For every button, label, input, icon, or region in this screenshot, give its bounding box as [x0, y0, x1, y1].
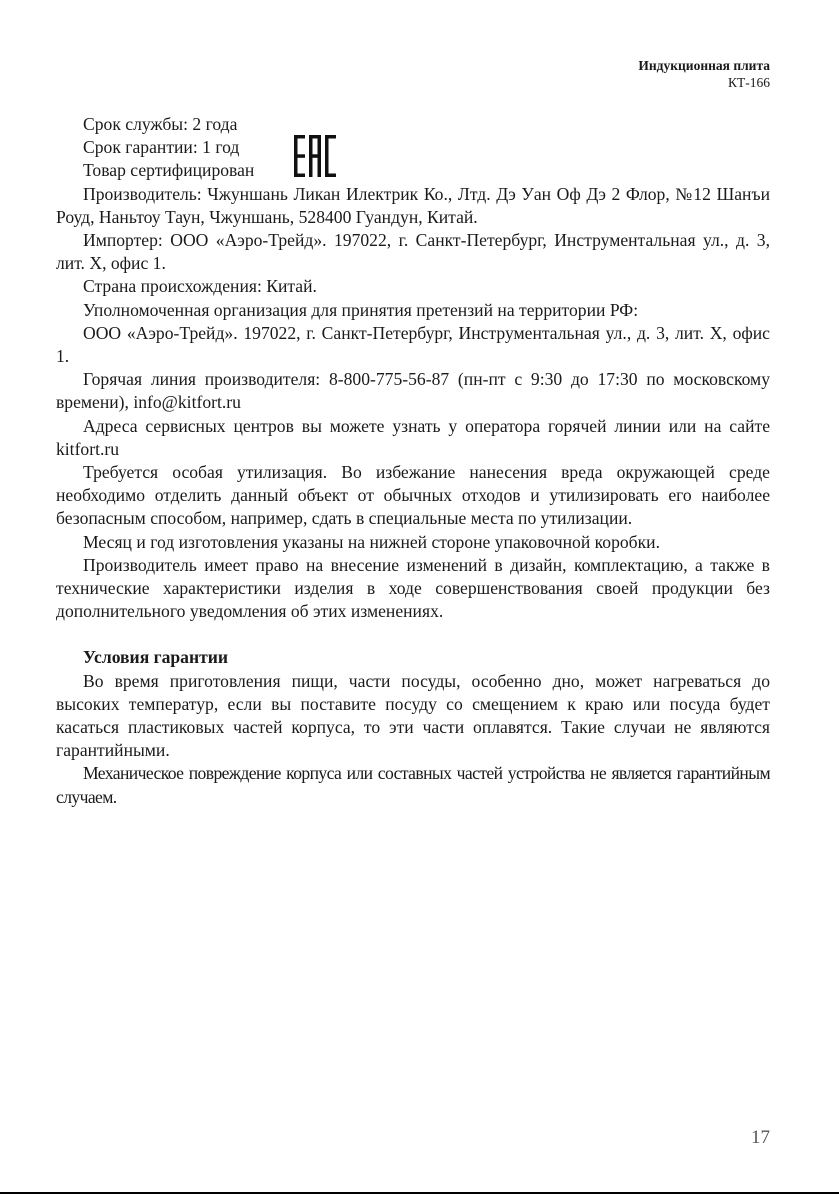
- warranty-conditions-heading: Условия гарантии: [56, 646, 770, 669]
- product-title: Индукционная плита: [638, 57, 770, 74]
- page-number: 17: [751, 1127, 770, 1149]
- warranty-condition-1: Во время приготовления пищи, части посуд…: [56, 670, 770, 763]
- importer-info: Импортер: ООО «Аэро-Трейд». 197022, г. С…: [56, 229, 770, 275]
- authorized-org-label: Уполномоченная организация для принятия …: [56, 299, 770, 322]
- country-of-origin: Страна происхождения: Китай.: [56, 275, 770, 298]
- running-header: Индукционная плита КТ-166: [638, 57, 770, 91]
- disposal-info: Требуется особая утилизация. Во избежани…: [56, 461, 770, 531]
- authorized-org-info: ООО «Аэро-Трейд». 197022, г. Санкт-Петер…: [56, 322, 770, 368]
- service-centers-info: Адреса сервисных центров вы можете узнат…: [56, 415, 770, 461]
- changes-disclaimer: Производитель имеет право на внесение из…: [56, 554, 770, 624]
- warranty-period: Срок гарантии: 1 год: [56, 136, 770, 159]
- certification-note: Товар сертифицирован: [56, 159, 770, 182]
- manufacturer-info: Производитель: Чжуншань Ликан Илектрик К…: [56, 183, 770, 229]
- page-body: Срок службы: 2 года Срок гарантии: 1 год…: [56, 113, 770, 809]
- product-model: КТ-166: [638, 74, 770, 91]
- manufacture-date-info: Месяц и год изготовления указаны на нижн…: [56, 531, 770, 554]
- service-life: Срок службы: 2 года: [56, 113, 770, 136]
- warranty-condition-2: Механическое повреждение корпуса или сос…: [56, 762, 770, 808]
- hotline-info: Горячая линия производителя: 8-800-775-5…: [56, 368, 770, 414]
